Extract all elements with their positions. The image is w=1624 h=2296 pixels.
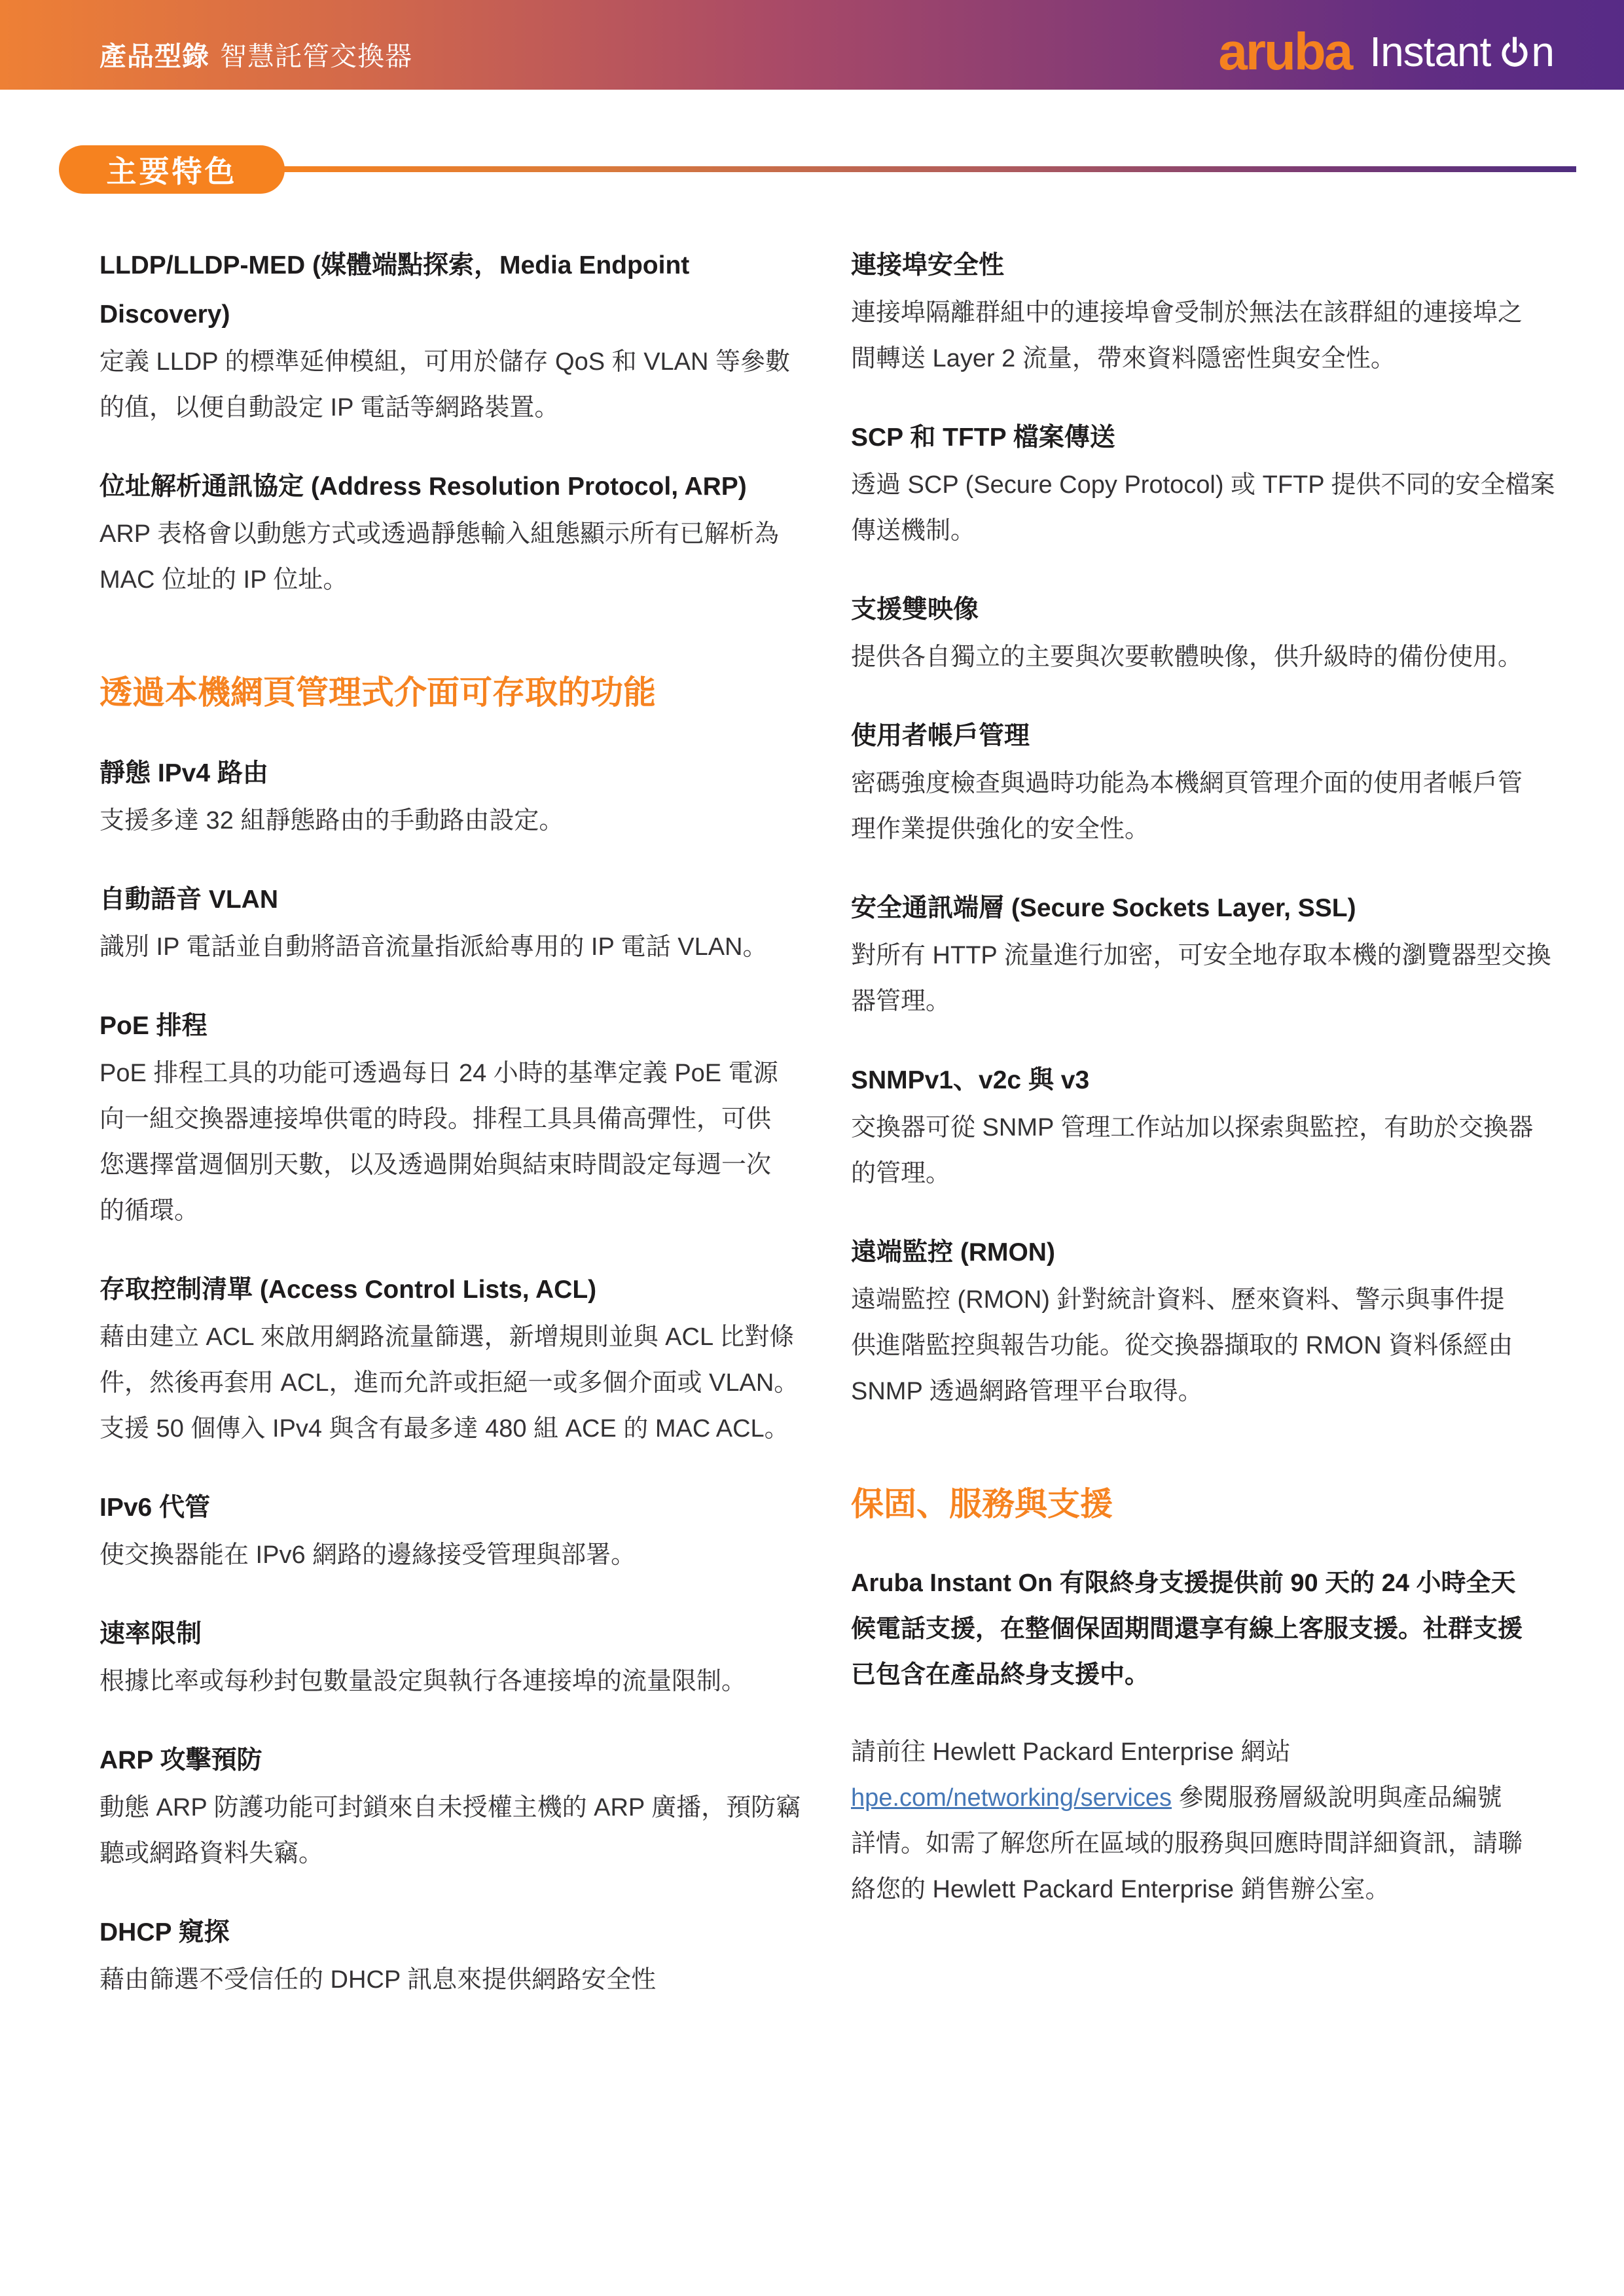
section-body: 定義 LLDP 的標準延伸模組，可用於儲存 QoS 和 VLAN 等參數 的值，…	[99, 339, 820, 431]
contact-line-1: 請前往 Hewlett Packard Enterprise 網站	[851, 1738, 1291, 1766]
section-arp: 位址解析通訊協定 (Address Resolution Protocol, A…	[99, 462, 820, 603]
section-dual-image: 支援雙映像 提供各自獨立的主要與次要軟體映像，供升級時的備份使用。	[851, 585, 1597, 680]
section-arp-attack-protection: ARP 攻擊預防 動態 ARP 防護功能可封鎖來自未授權主機的 ARP 廣播，預…	[99, 1736, 820, 1876]
page-header: 產品型錄 智慧託管交換器 aruba Instant n	[0, 0, 1624, 90]
web-ui-features-title: 透過本機網頁管理式介面可存取的功能	[99, 668, 820, 717]
key-features-badge: 主要特色	[59, 145, 285, 194]
contact-paragraph: 請前往 Hewlett Packard Enterprise 網站 hpe.co…	[851, 1729, 1597, 1912]
section-heading: LLDP/LLDP-MED (媒體端點探索，Media Endpoint Dis…	[99, 241, 820, 339]
section-acl: 存取控制清單 (Access Control Lists, ACL) 藉由建立 …	[99, 1265, 820, 1452]
section-heading: SNMPv1、v2c 與 v3	[851, 1056, 1597, 1105]
section-port-security: 連接埠安全性 連接埠隔離群組中的連接埠會受制於無法在該群組的連接埠之 間轉送 L…	[851, 241, 1597, 382]
section-body: 對所有 HTTP 流量進行加密，可安全地存取本機的瀏覽器型交換 器管理。	[851, 933, 1597, 1024]
section-body: 動態 ARP 防護功能可封鎖來自未授權主機的 ARP 廣播，預防竊 聽或網路資料…	[99, 1785, 820, 1876]
hpe-services-link[interactable]: hpe.com/networking/services	[851, 1784, 1172, 1812]
contact-text: 請前往 Hewlett Packard Enterprise 網站 hpe.co…	[851, 1729, 1597, 1912]
section-warranty-support: 保固、服務與支援	[851, 1446, 1597, 1529]
section-heading: PoE 排程	[99, 1001, 820, 1050]
section-rmon: 遠端監控 (RMON) 遠端監控 (RMON) 針對統計資料、歷來資料、警示與事…	[851, 1228, 1597, 1414]
section-heading: 支援雙映像	[851, 585, 1597, 634]
section-poe-scheduling: PoE 排程 PoE 排程工具的功能可透過每日 24 小時的基準定義 PoE 電…	[99, 1001, 820, 1234]
features-divider-line	[275, 166, 1576, 172]
section-heading: SCP 和 TFTP 檔案傳送	[851, 413, 1597, 462]
warranty-support-bold-text: Aruba Instant On 有限終身支援提供前 90 天的 24 小時全天…	[851, 1560, 1597, 1698]
section-body: 透過 SCP (Secure Copy Protocol) 或 TFTP 提供不…	[851, 462, 1597, 554]
section-body: 藉由建立 ACL 來啟用網路流量篩選，新增規則並與 ACL 比對條 件，然後再套…	[99, 1314, 820, 1452]
section-heading: 靜態 IPv4 路由	[99, 749, 820, 798]
section-static-ipv4-routing: 靜態 IPv4 路由 支援多達 32 組靜態路由的手動路由設定。	[99, 749, 820, 844]
right-column: 連接埠安全性 連接埠隔離群組中的連接埠會受制於無法在該群組的連接埠之 間轉送 L…	[851, 241, 1597, 1944]
section-heading: IPv6 代管	[99, 1483, 820, 1532]
section-ipv6-host: IPv6 代管 使交換器能在 IPv6 網路的邊緣接受管理與部署。	[99, 1483, 820, 1578]
section-body: 藉由篩選不受信任的 DHCP 訊息來提供網路安全性	[99, 1957, 820, 2003]
section-body: 連接埠隔離群組中的連接埠會受制於無法在該群組的連接埠之 間轉送 Layer 2 …	[851, 290, 1597, 382]
section-web-ui-features: 透過本機網頁管理式介面可存取的功能	[99, 634, 820, 717]
catalog-page: 產品型錄 智慧託管交換器 aruba Instant n 主要特色 LLDP/L…	[0, 0, 1624, 2296]
warranty-support-summary: Aruba Instant On 有限終身支援提供前 90 天的 24 小時全天…	[851, 1560, 1597, 1698]
section-body: 支援多達 32 組靜態路由的手動路由設定。	[99, 798, 820, 844]
section-body: 提供各自獨立的主要與次要軟體映像，供升級時的備份使用。	[851, 634, 1597, 680]
section-heading: 遠端監控 (RMON)	[851, 1228, 1597, 1277]
section-heading: 使用者帳戶管理	[851, 711, 1597, 761]
section-heading: ARP 攻擊預防	[99, 1736, 820, 1785]
section-scp-tftp: SCP 和 TFTP 檔案傳送 透過 SCP (Secure Copy Prot…	[851, 413, 1597, 554]
section-body: 根據比率或每秒封包數量設定與執行各連接埠的流量限制。	[99, 1659, 820, 1704]
section-heading: 連接埠安全性	[851, 241, 1597, 290]
instant-wordmark: Instant	[1369, 31, 1490, 73]
section-body: 密碼強度檢查與過時功能為本機網頁管理介面的使用者帳戶管 理作業提供強化的安全性。	[851, 761, 1597, 852]
section-user-account-management: 使用者帳戶管理 密碼強度檢查與過時功能為本機網頁管理介面的使用者帳戶管 理作業提…	[851, 711, 1597, 852]
section-heading: 安全通訊端層 (Secure Sockets Layer, SSL)	[851, 884, 1597, 933]
section-heading: 位址解析通訊協定 (Address Resolution Protocol, A…	[99, 462, 820, 511]
section-heading: 存取控制清單 (Access Control Lists, ACL)	[99, 1265, 820, 1314]
section-heading: DHCP 窺探	[99, 1908, 820, 1957]
doc-type-label: 產品型錄	[99, 35, 209, 73]
section-lldp-med: LLDP/LLDP-MED (媒體端點探索，Media Endpoint Dis…	[99, 241, 820, 431]
key-features-label: 主要特色	[107, 148, 238, 191]
section-body: 交換器可從 SNMP 管理工作站加以探索與監控，有助於交換器 的管理。	[851, 1105, 1597, 1196]
section-heading: 速率限制	[99, 1609, 820, 1659]
doc-title: 產品型錄 智慧託管交換器	[99, 0, 412, 99]
on-wordmark-n: n	[1531, 31, 1555, 73]
section-heading: 自動語音 VLAN	[99, 875, 820, 924]
section-body: ARP 表格會以動態方式或透過靜態輸入組態顯示所有已解析為 MAC 位址的 IP…	[99, 511, 820, 603]
section-ssl: 安全通訊端層 (Secure Sockets Layer, SSL) 對所有 H…	[851, 884, 1597, 1024]
power-icon	[1500, 34, 1530, 69]
section-rate-limiting: 速率限制 根據比率或每秒封包數量設定與執行各連接埠的流量限制。	[99, 1609, 820, 1704]
doc-subtitle-label: 智慧託管交換器	[220, 35, 412, 73]
section-body: 使交換器能在 IPv6 網路的邊緣接受管理與部署。	[99, 1532, 820, 1578]
section-snmp: SNMPv1、v2c 與 v3 交換器可從 SNMP 管理工作站加以探索與監控，…	[851, 1056, 1597, 1196]
section-dhcp-snooping: DHCP 窺探 藉由篩選不受信任的 DHCP 訊息來提供網路安全性	[99, 1908, 820, 2003]
aruba-wordmark: aruba	[1218, 26, 1351, 78]
section-auto-voice-vlan: 自動語音 VLAN 識別 IP 電話並自動將語音流量指派給專用的 IP 電話 V…	[99, 875, 820, 970]
aruba-instant-on-logo: aruba Instant n	[1218, 0, 1555, 96]
section-body: PoE 排程工具的功能可透過每日 24 小時的基準定義 PoE 電源 向一組交換…	[99, 1050, 820, 1234]
warranty-support-title: 保固、服務與支援	[851, 1480, 1597, 1529]
section-body: 識別 IP 電話並自動將語音流量指派給專用的 IP 電話 VLAN。	[99, 924, 820, 970]
left-column: LLDP/LLDP-MED (媒體端點探索，Media Endpoint Dis…	[99, 241, 820, 2034]
section-body: 遠端監控 (RMON) 針對統計資料、歷來資料、警示與事件提 供進階監控與報告功…	[851, 1277, 1597, 1414]
